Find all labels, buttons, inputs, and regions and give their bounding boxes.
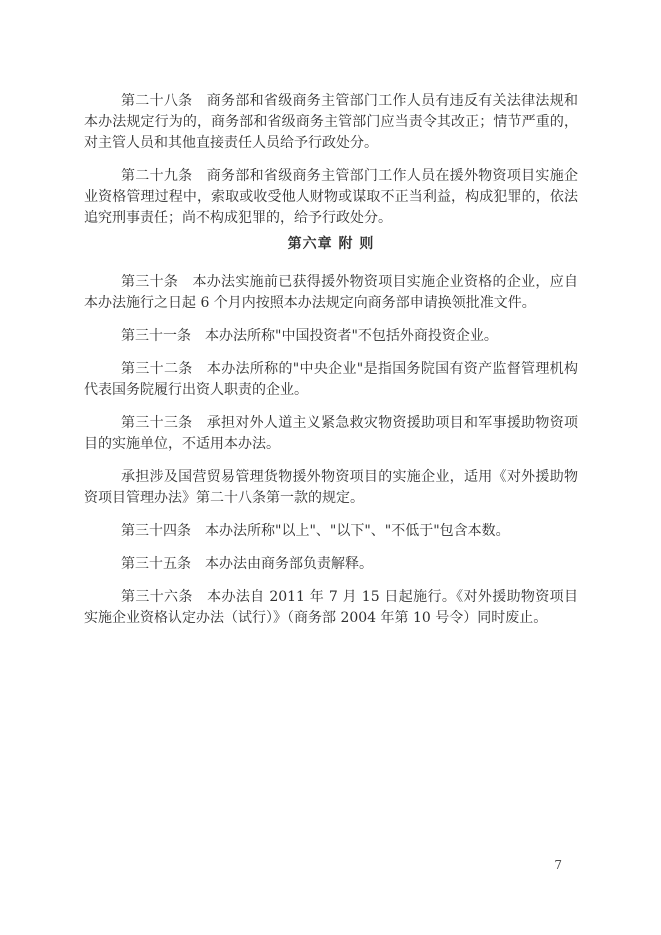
paragraph-article-33: 第三十三条 承担对外人道主义紧急救灾物资援助项目和军事援助物资项目的实施单位，不… (84, 413, 578, 455)
document-body: 第二十八条 商务部和省级商务主管部门工作人员有违反有关法律法规和本办法规定行为的… (84, 91, 578, 641)
paragraph-article-28: 第二十八条 商务部和省级商务主管部门工作人员有违反有关法律法规和本办法规定行为的… (84, 91, 578, 154)
paragraph-article-34: 第三十四条 本办法所称"以上"、"以下"、"不低于"包含本数。 (84, 521, 578, 542)
document-page: 第二十八条 商务部和省级商务主管部门工作人员有违反有关法律法规和本办法规定行为的… (0, 0, 661, 935)
paragraph-article-35: 第三十五条 本办法由商务部负责解释。 (84, 554, 578, 575)
paragraph-article-32: 第三十二条 本办法所称的"中央企业"是指国务院国有资产监督管理机构代表国务院履行… (84, 359, 578, 401)
page-number: 7 (554, 858, 562, 872)
paragraph-article-29: 第二十九条 商务部和省级商务主管部门工作人员在援外物资项目实施企业资格管理过程中… (84, 166, 578, 229)
paragraph-article-31: 第三十一条 本办法所称"中国投资者"不包括外商投资企业。 (84, 326, 578, 347)
chapter-heading: 第六章 附 则 (84, 234, 578, 255)
paragraph-article-30: 第三十条 本办法实施前已获得援外物资项目实施企业资格的企业，应自本办法施行之日起… (84, 272, 578, 314)
paragraph-article-36: 第三十六条 本办法自 2011 年 7 月 15 日起施行。《对外援助物资项目实… (84, 587, 578, 629)
paragraph-article-33-clause-2: 承担涉及国营贸易管理货物援外物资项目的实施企业，适用《对外援助物资项目管理办法》… (84, 467, 578, 509)
